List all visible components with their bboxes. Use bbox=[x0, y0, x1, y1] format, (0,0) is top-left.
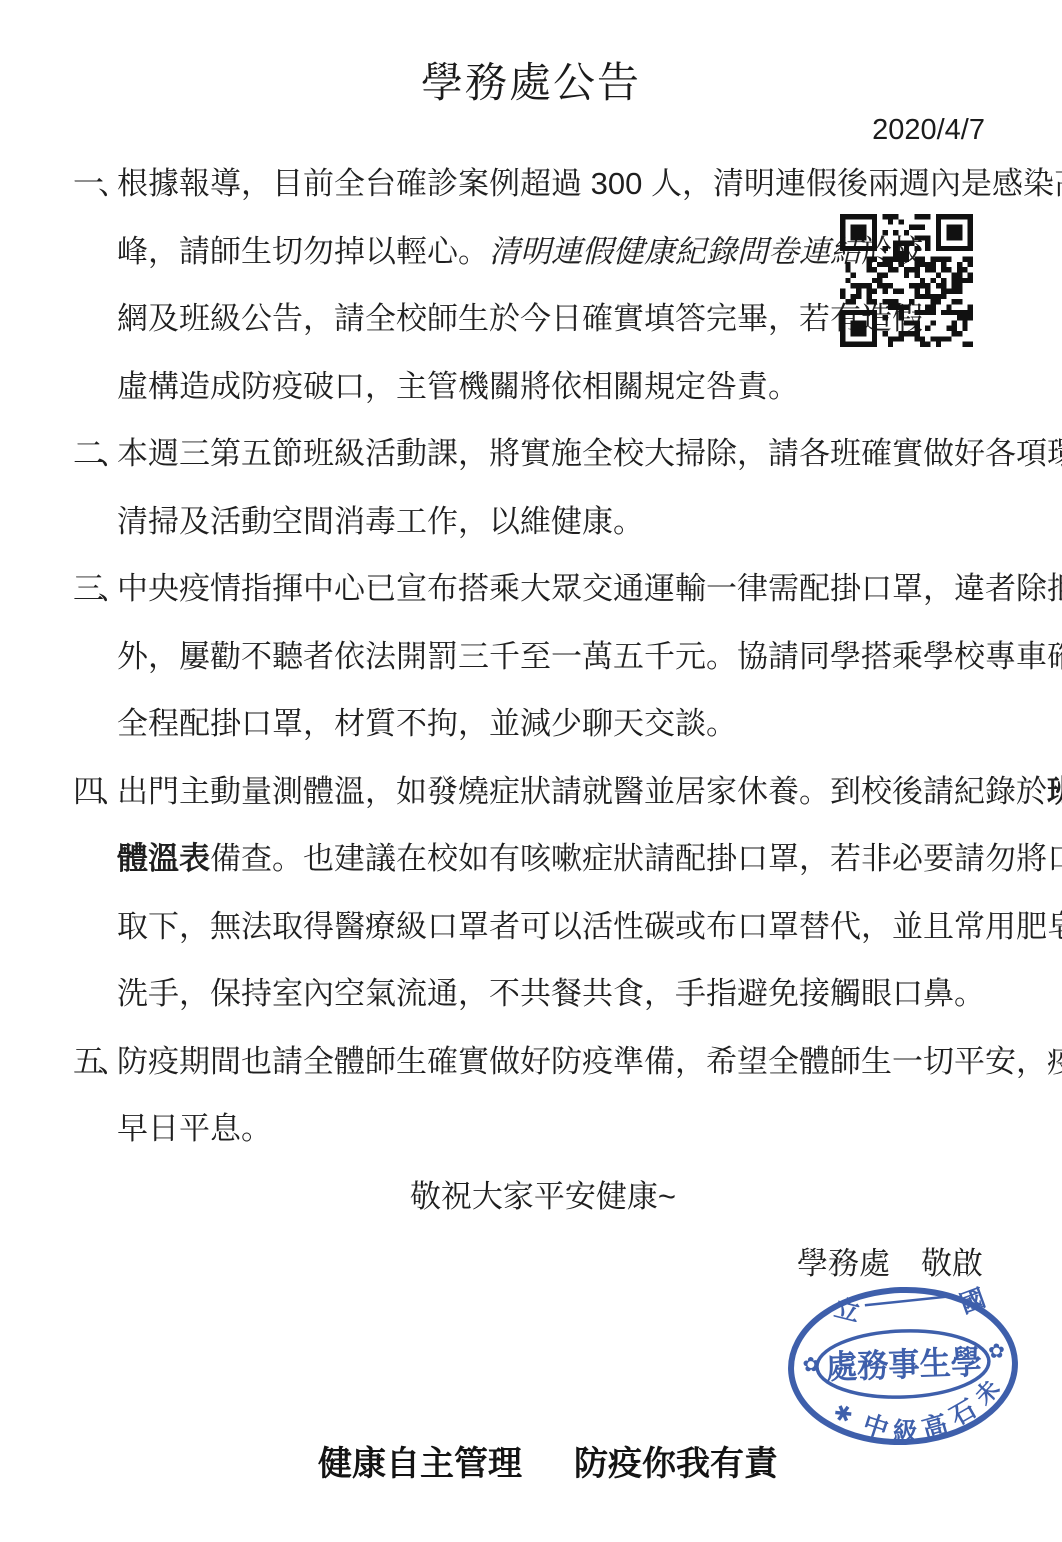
text-run: 體溫表 bbox=[117, 841, 210, 876]
text-run: 本週三第五節班級活動課，將實施全校大掃除，請各班確實做好各項環境 bbox=[117, 436, 1062, 471]
item-4-marker: 四、 bbox=[73, 758, 117, 826]
item-4-line-4: 洗手，保持室內空氣流通，不共餐共食，手指避免接觸眼口鼻。 bbox=[73, 960, 1013, 1028]
stamp-flower-left-icon: ✿ bbox=[802, 1354, 820, 1377]
item-1-line-1: 一、根據報導，目前全台確診案例超過 300 人，清明連假後兩週內是感染高 bbox=[73, 150, 1013, 218]
item-4-line-2: 體溫表備查。也建議在校如有咳嗽症狀請配掛口罩，若非必要請勿將口罩 bbox=[73, 825, 1013, 893]
text-run: 根據報導，目前全台確診案例超過 300 人，清明連假後兩週內是感染高 bbox=[117, 166, 1062, 201]
text-run: 中央疫情指揮中心已宣布搭乘大眾交通運輸一律需配掛口罩，違者除拒載 bbox=[117, 571, 1062, 606]
item-4-line-3: 取下，無法取得醫療級口罩者可以活性碳或布口罩替代，並且常用肥皂勤 bbox=[73, 893, 1013, 961]
item-1-marker: 一、 bbox=[73, 150, 117, 218]
stamp-flower-right-icon: ✿ bbox=[988, 1340, 1006, 1363]
text-run: 洗手，保持室內空氣流通，不共餐共食，手指避免接觸眼口鼻。 bbox=[117, 976, 985, 1011]
item-5-line-1: 五、防疫期間也請全體師生確實做好防疫準備，希望全體師生一切平安，疫情 bbox=[73, 1028, 1013, 1096]
item-5-line-2: 早日平息。 bbox=[73, 1095, 1013, 1163]
stamp-center-text: 處務事生學 bbox=[825, 1343, 982, 1385]
closing-wish: 敬祝大家平安健康~ bbox=[73, 1163, 1013, 1231]
item-5-marker: 五、 bbox=[73, 1028, 117, 1096]
item-2-line-2: 清掃及活動空間消毒工作，以維健康。 bbox=[73, 488, 1013, 556]
text-run: 網及班級公告，請全校師生於今日確實填答完畢，若有造假 bbox=[117, 301, 923, 336]
text-run: 早日平息。 bbox=[117, 1111, 272, 1146]
text-run: 全程配掛口罩，材質不拘，並減少聊天交談。 bbox=[117, 706, 737, 741]
footer-slogan-right: 防疫你我有責 bbox=[574, 1436, 778, 1485]
text-run: 取下，無法取得醫療級口罩者可以活性碳或布口罩替代，並且常用肥皂勤 bbox=[117, 909, 1062, 944]
item-2-line-1: 二、本週三第五節班級活動課，將實施全校大掃除，請各班確實做好各項環境 bbox=[73, 420, 1013, 488]
item-3-line-1: 三、中央疫情指揮中心已宣布搭乘大眾交通運輸一律需配掛口罩，違者除拒載 bbox=[73, 555, 1013, 623]
text-run: 峰，請師生切勿掉以輕心。 bbox=[117, 234, 489, 269]
item-3-marker: 三、 bbox=[73, 555, 117, 623]
page-title: 學務處公告 bbox=[0, 50, 1062, 110]
text-run: 出門主動量測體溫，如發燒症狀請就醫並居家休養。到校後請紀錄於 bbox=[117, 774, 1047, 809]
text-run: 備查。也建議在校如有咳嗽症狀請配掛口罩，若非必要請勿將口罩 bbox=[210, 841, 1062, 876]
text-run: 防疫期間也請全體師生確實做好防疫準備，希望全體師生一切平安，疫情 bbox=[117, 1044, 1062, 1079]
qr-code-icon bbox=[840, 213, 973, 348]
announcement-document: { "document": { "title": "學務處公告", "date"… bbox=[0, 0, 1062, 1542]
text-run: 清明連假健康紀錄問卷連結 bbox=[489, 234, 861, 269]
item-1-line-4: 虛構造成防疫破口，主管機關將依相關規定咎責。 bbox=[73, 353, 1013, 421]
item-4-line-1: 四、出門主動量測體溫，如發燒症狀請就醫並居家休養。到校後請紀錄於班級 bbox=[73, 758, 1013, 826]
item-3-line-2: 外，屢勸不聽者依法開罰三千至一萬五千元。協請同學搭乘學校專車確實 bbox=[73, 623, 1013, 691]
item-2-marker: 二、 bbox=[73, 420, 117, 488]
item-3-line-3: 全程配掛口罩，材質不拘，並減少聊天交談。 bbox=[73, 690, 1013, 758]
office-stamp: 處務事生學 立 國 ✿ ✿ ✱ 中 級 高 石 未 bbox=[785, 1284, 1025, 1450]
stamp-top-left-char: 立 bbox=[832, 1294, 863, 1327]
document-date: 2020/4/7 bbox=[872, 114, 985, 147]
footer-slogan-left: 健康自主管理 bbox=[318, 1436, 522, 1485]
text-run: 清掃及活動空間消毒工作，以維健康。 bbox=[117, 504, 644, 539]
text-run: 虛構造成防疫破口，主管機關將依相關規定咎責。 bbox=[117, 369, 799, 404]
stamp-bottom-char-2: 級 bbox=[892, 1418, 918, 1447]
text-run: 外，屢勸不聽者依法開罰三千至一萬五千元。協請同學搭乘學校專車確實 bbox=[117, 639, 1062, 674]
stamp-top-line bbox=[865, 1296, 951, 1305]
text-run: 班級 bbox=[1047, 774, 1062, 809]
footer-slogan: 健康自主管理 防疫你我有責 bbox=[318, 1436, 778, 1485]
